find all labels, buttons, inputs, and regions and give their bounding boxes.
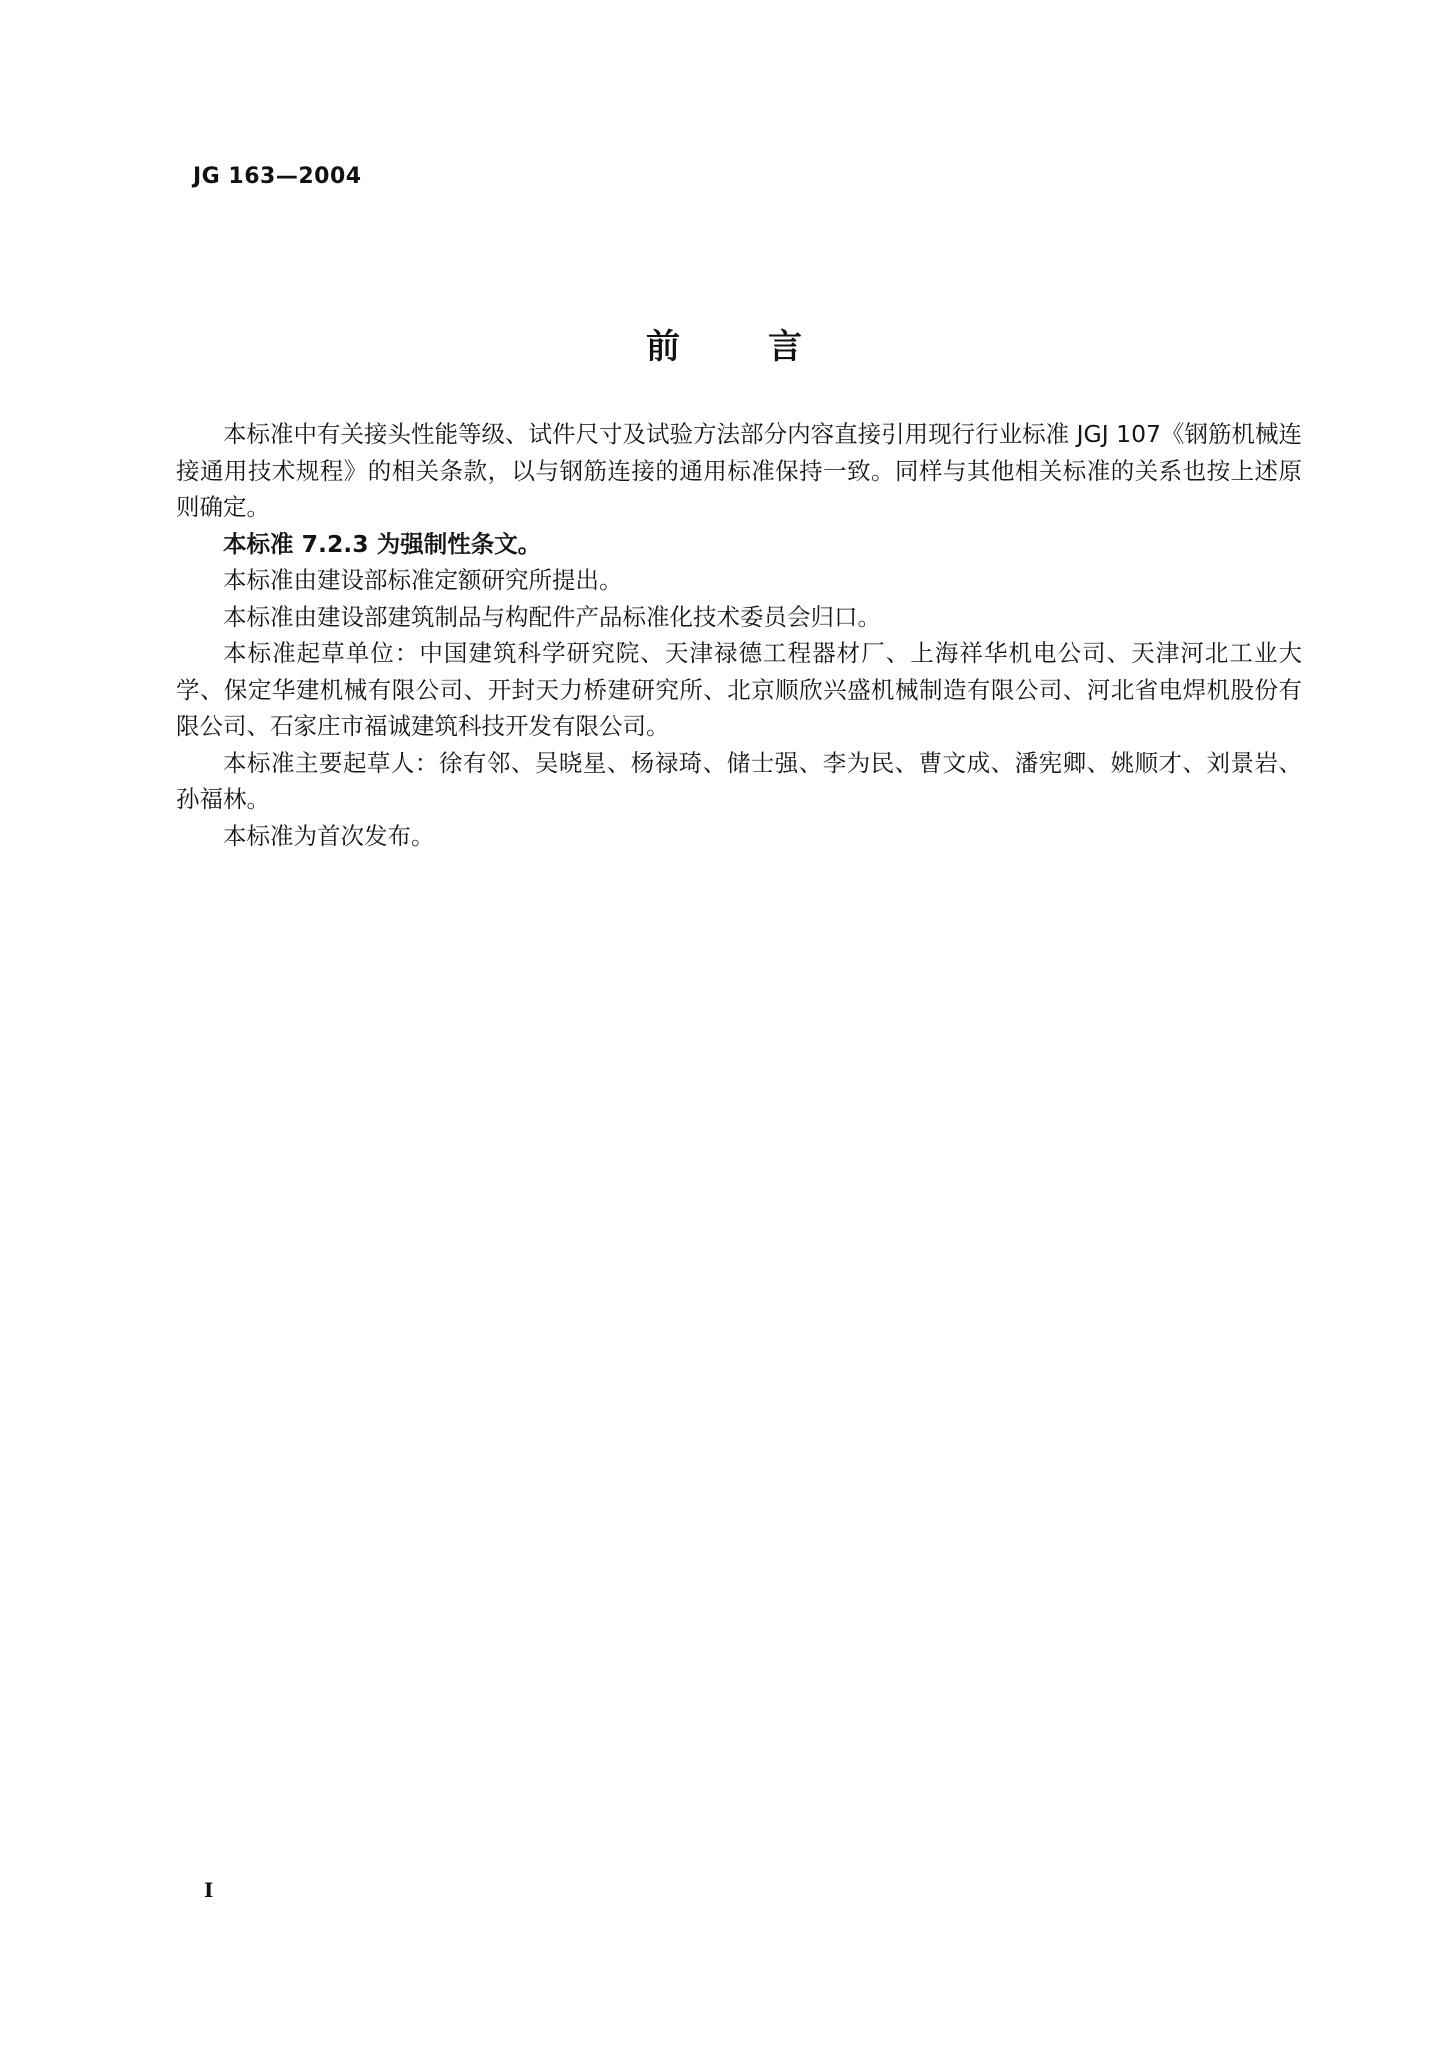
standard-number-header: JG 163—2004 xyxy=(193,164,362,189)
paragraph-mandatory-clause: 本标准 7.2.3 为强制性条文。 xyxy=(176,526,1302,563)
paragraph-referenced-standards: 本标准中有关接头性能等级、试件尺寸及试验方法部分内容直接引用现行行业标准 JGJ… xyxy=(176,416,1302,526)
paragraph-proposed-by: 本标准由建设部标准定额研究所提出。 xyxy=(176,562,1302,599)
page-number: I xyxy=(204,1878,213,1902)
foreword-body: 本标准中有关接头性能等级、试件尺寸及试验方法部分内容直接引用现行行业标准 JGJ… xyxy=(176,416,1302,854)
paragraph-drafters: 本标准主要起草人：徐有邻、吴晓星、杨禄琦、储士强、李为民、曹文成、潘宪卿、姚顺才… xyxy=(176,745,1302,818)
paragraph-drafting-units: 本标准起草单位：中国建筑科学研究院、天津禄德工程器材厂、上海祥华机电公司、天津河… xyxy=(176,635,1302,745)
paragraph-first-release: 本标准为首次发布。 xyxy=(176,818,1302,855)
document-page: JG 163—2004 前言 本标准中有关接头性能等级、试件尺寸及试验方法部分内… xyxy=(0,0,1448,2048)
page-title: 前言 xyxy=(0,319,1448,368)
paragraph-administered-by: 本标准由建设部建筑制品与构配件产品标准化技术委员会归口。 xyxy=(176,599,1302,636)
